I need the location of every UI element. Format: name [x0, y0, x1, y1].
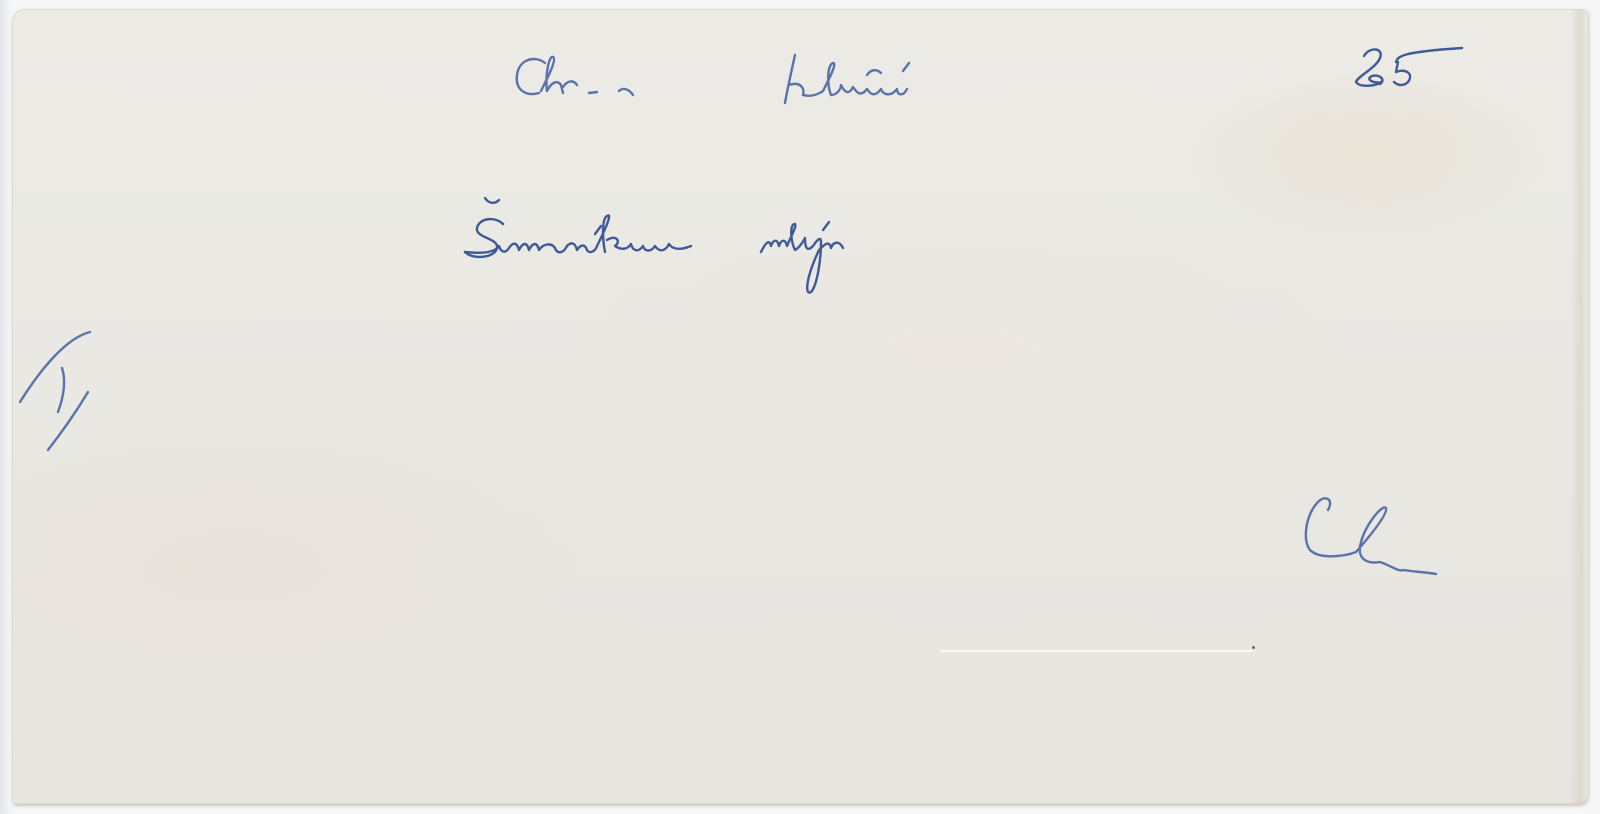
handwritten-side-mark-strokes — [10, 320, 100, 460]
ink-speck — [1252, 646, 1255, 649]
handwritten-initials-strokes — [1296, 480, 1446, 590]
handwritten-number-strokes — [1350, 40, 1470, 100]
handwritten-caption-strokes — [455, 190, 975, 310]
photo-card-back — [12, 9, 1588, 804]
handwritten-title-strokes — [505, 45, 935, 125]
paper-crease-line — [940, 650, 1252, 652]
